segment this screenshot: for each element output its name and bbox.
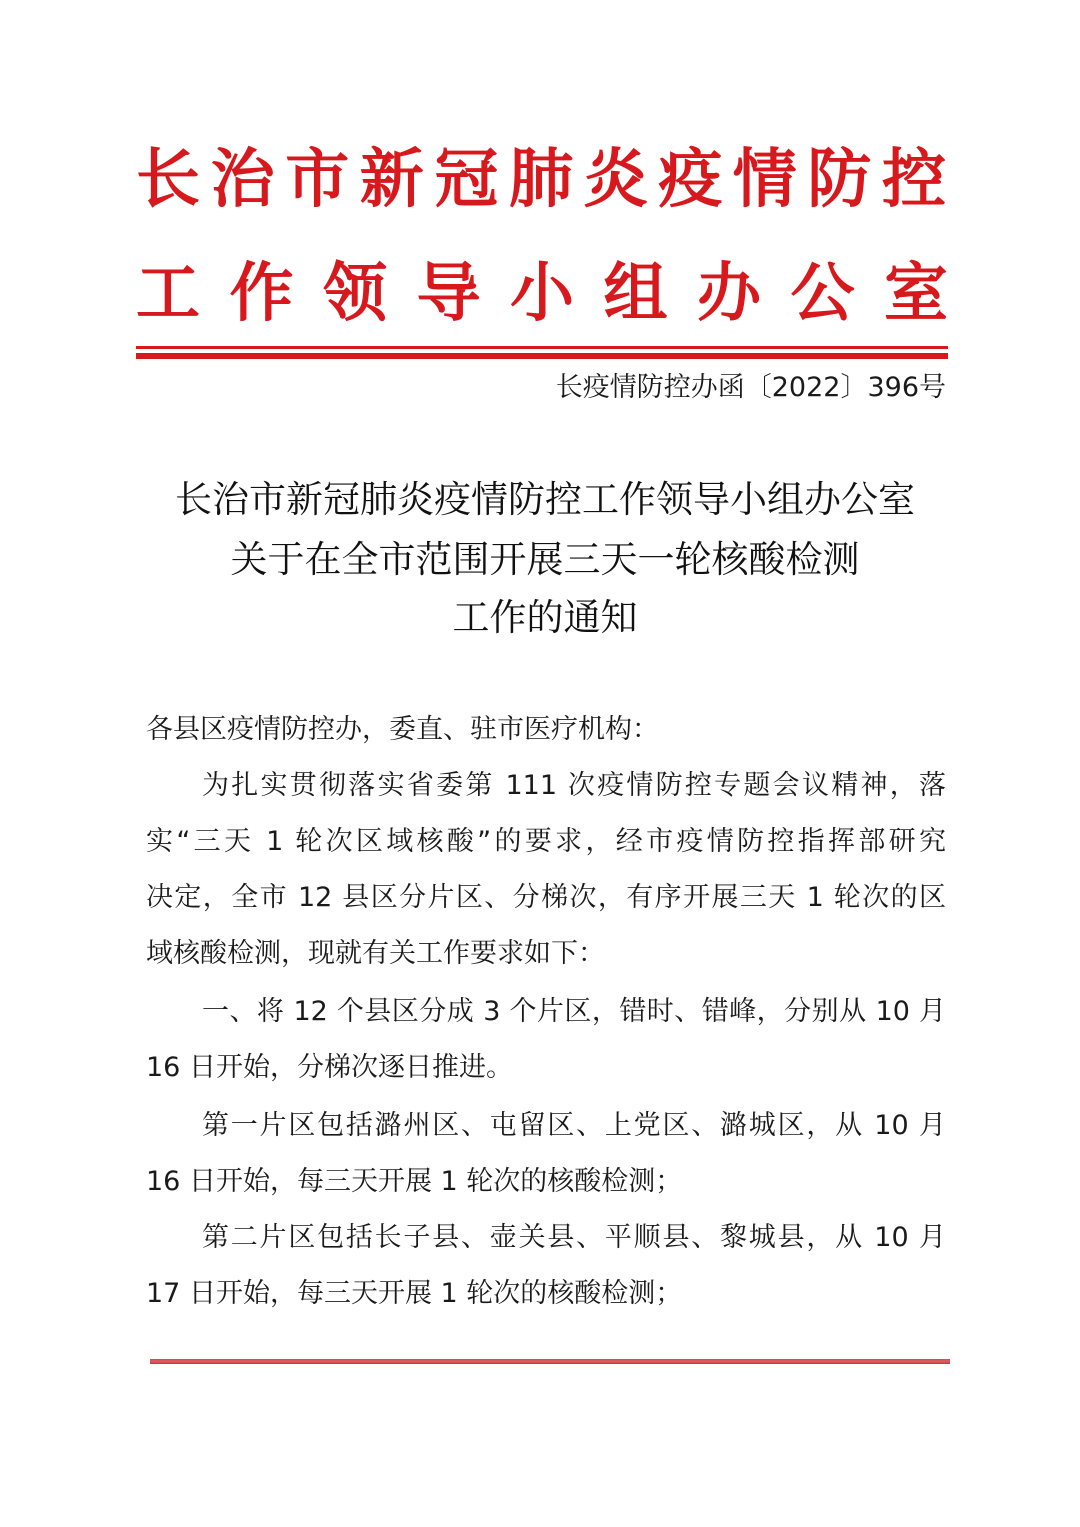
body-line: 决定，全市 12 县区分片区、分梯次，有序开展三天 1 轮次的区 — [146, 870, 946, 926]
letterhead-line-1: 长治市新冠肺炎疫情防控 — [136, 140, 948, 220]
body-line: 第一片区包括潞州区、屯留区、上党区、潞城区，从 10 月 — [146, 1098, 946, 1154]
salutation: 各县区疫情防控办，委直、驻市医疗机构： — [146, 702, 946, 758]
body-line: 第二片区包括长子县、壶关县、平顺县、黎城县，从 10 月 — [146, 1210, 946, 1266]
document-title-line-2: 关于在全市范围开展三天一轮核酸检测 — [120, 534, 970, 586]
body-line: 17 日开始，每三天开展 1 轮次的核酸检测； — [146, 1266, 946, 1322]
letterhead-line-2: 工 作 领 导 小 组 办 公 室 — [136, 254, 948, 334]
body-line: 实“三天 1 轮次区域核酸”的要求，经市疫情防控指挥部研究 — [146, 814, 946, 870]
letterhead-divider-thick — [136, 353, 948, 359]
body-line: 一、将 12 个县区分成 3 个片区，错时、错峰，分别从 10 月 — [146, 984, 946, 1040]
body-line: 16 日开始，分梯次逐日推进。 — [146, 1040, 946, 1096]
body-line: 16 日开始，每三天开展 1 轮次的核酸检测； — [146, 1154, 946, 1210]
body-line: 域核酸检测，现就有关工作要求如下： — [146, 926, 946, 982]
document-title-line-1: 长治市新冠肺炎疫情防控工作领导小组办公室 — [120, 474, 970, 526]
footer-divider — [150, 1359, 950, 1364]
body-line: 为扎实贯彻落实省委第 111 次疫情防控专题会议精神，落 — [146, 758, 946, 814]
letterhead-divider-thin — [136, 346, 948, 349]
document-title-line-3: 工作的通知 — [120, 592, 970, 644]
document-number: 长疫情防控办函〔2022〕396号 — [556, 368, 946, 408]
